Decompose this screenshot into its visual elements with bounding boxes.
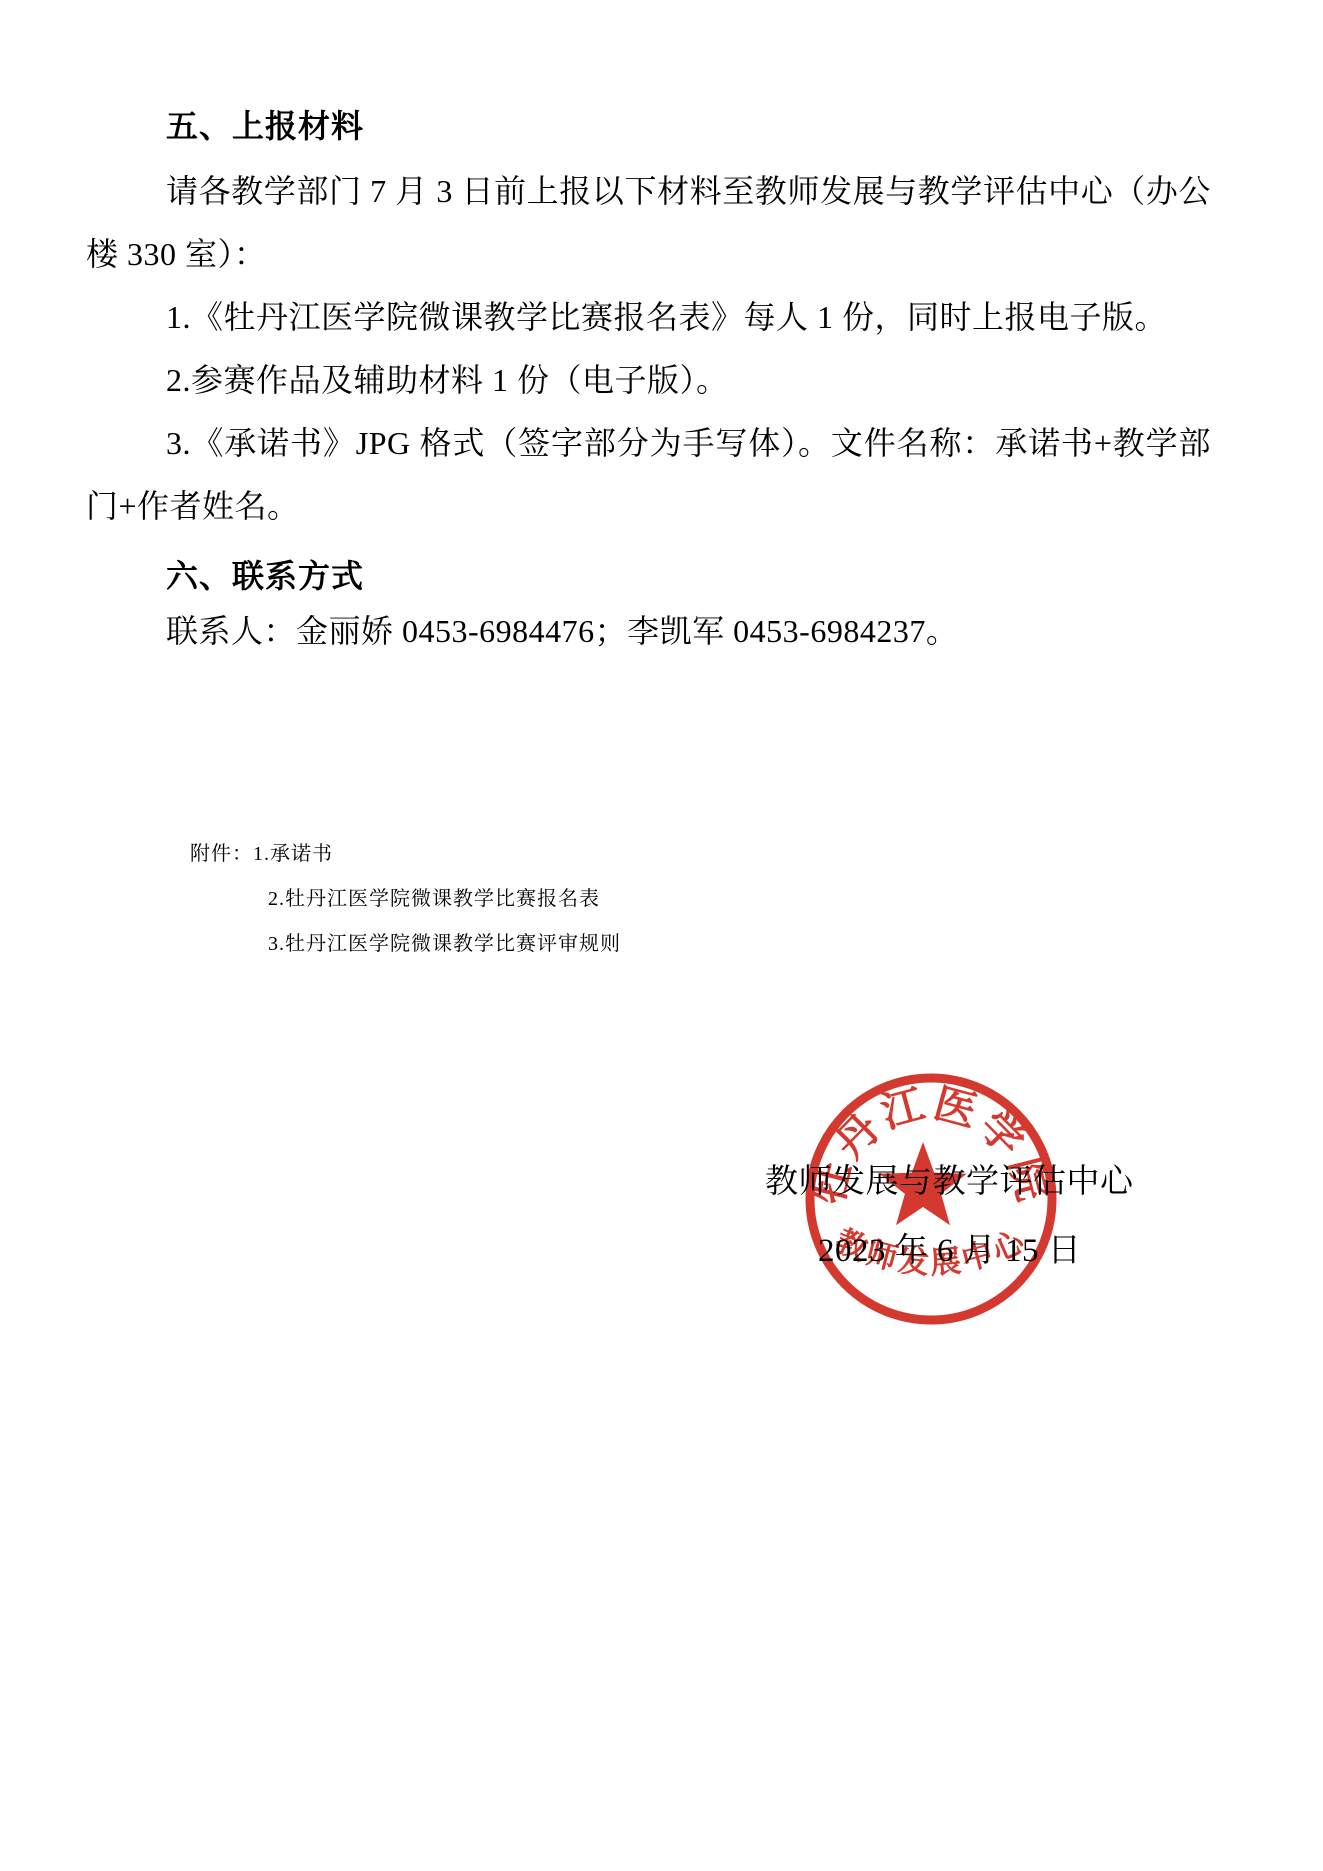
attachments-label: 附件：	[190, 843, 253, 865]
signature-organization: 教师发展与教学评估中心	[765, 1163, 1134, 1201]
section-5-intro: 请各教学部门 7 月 3 日前上报以下材料至教师发展与教学评估中心（办公楼 33…	[86, 160, 1211, 286]
contact-line: 联系人：金丽娇 0453-6984476；李凯军 0453-6984237。	[86, 600, 1211, 663]
section-5-heading: 五、上报材料	[166, 106, 364, 146]
document-page: 五、上报材料 请各教学部门 7 月 3 日前上报以下材料至教师发展与教学评估中心…	[0, 0, 1323, 1871]
section-5-item-1: 1.《牡丹江医学院微课教学比赛报名表》每人 1 份，同时上报电子版。	[86, 286, 1211, 349]
attachment-item-3: 3.牡丹江医学院微课教学比赛评审规则	[190, 922, 621, 967]
attachment-line-1: 附件：1.承诺书	[190, 832, 621, 877]
attachments-block: 附件：1.承诺书 2.牡丹江医学院微课教学比赛报名表 3.牡丹江医学院微课教学比…	[190, 832, 621, 967]
section-6-heading: 六、联系方式	[166, 556, 364, 596]
section-5-item-2: 2.参赛作品及辅助材料 1 份（电子版）。	[86, 349, 1211, 412]
attachment-item-2: 2.牡丹江医学院微课教学比赛报名表	[190, 877, 621, 922]
signature-date: 2023 年 6 月 15 日	[818, 1232, 1081, 1270]
section-5-item-3: 3.《承诺书》JPG 格式（签字部分为手写体）。文件名称：承诺书+教学部门+作者…	[86, 412, 1211, 538]
attachment-item-1: 1.承诺书	[253, 843, 333, 865]
